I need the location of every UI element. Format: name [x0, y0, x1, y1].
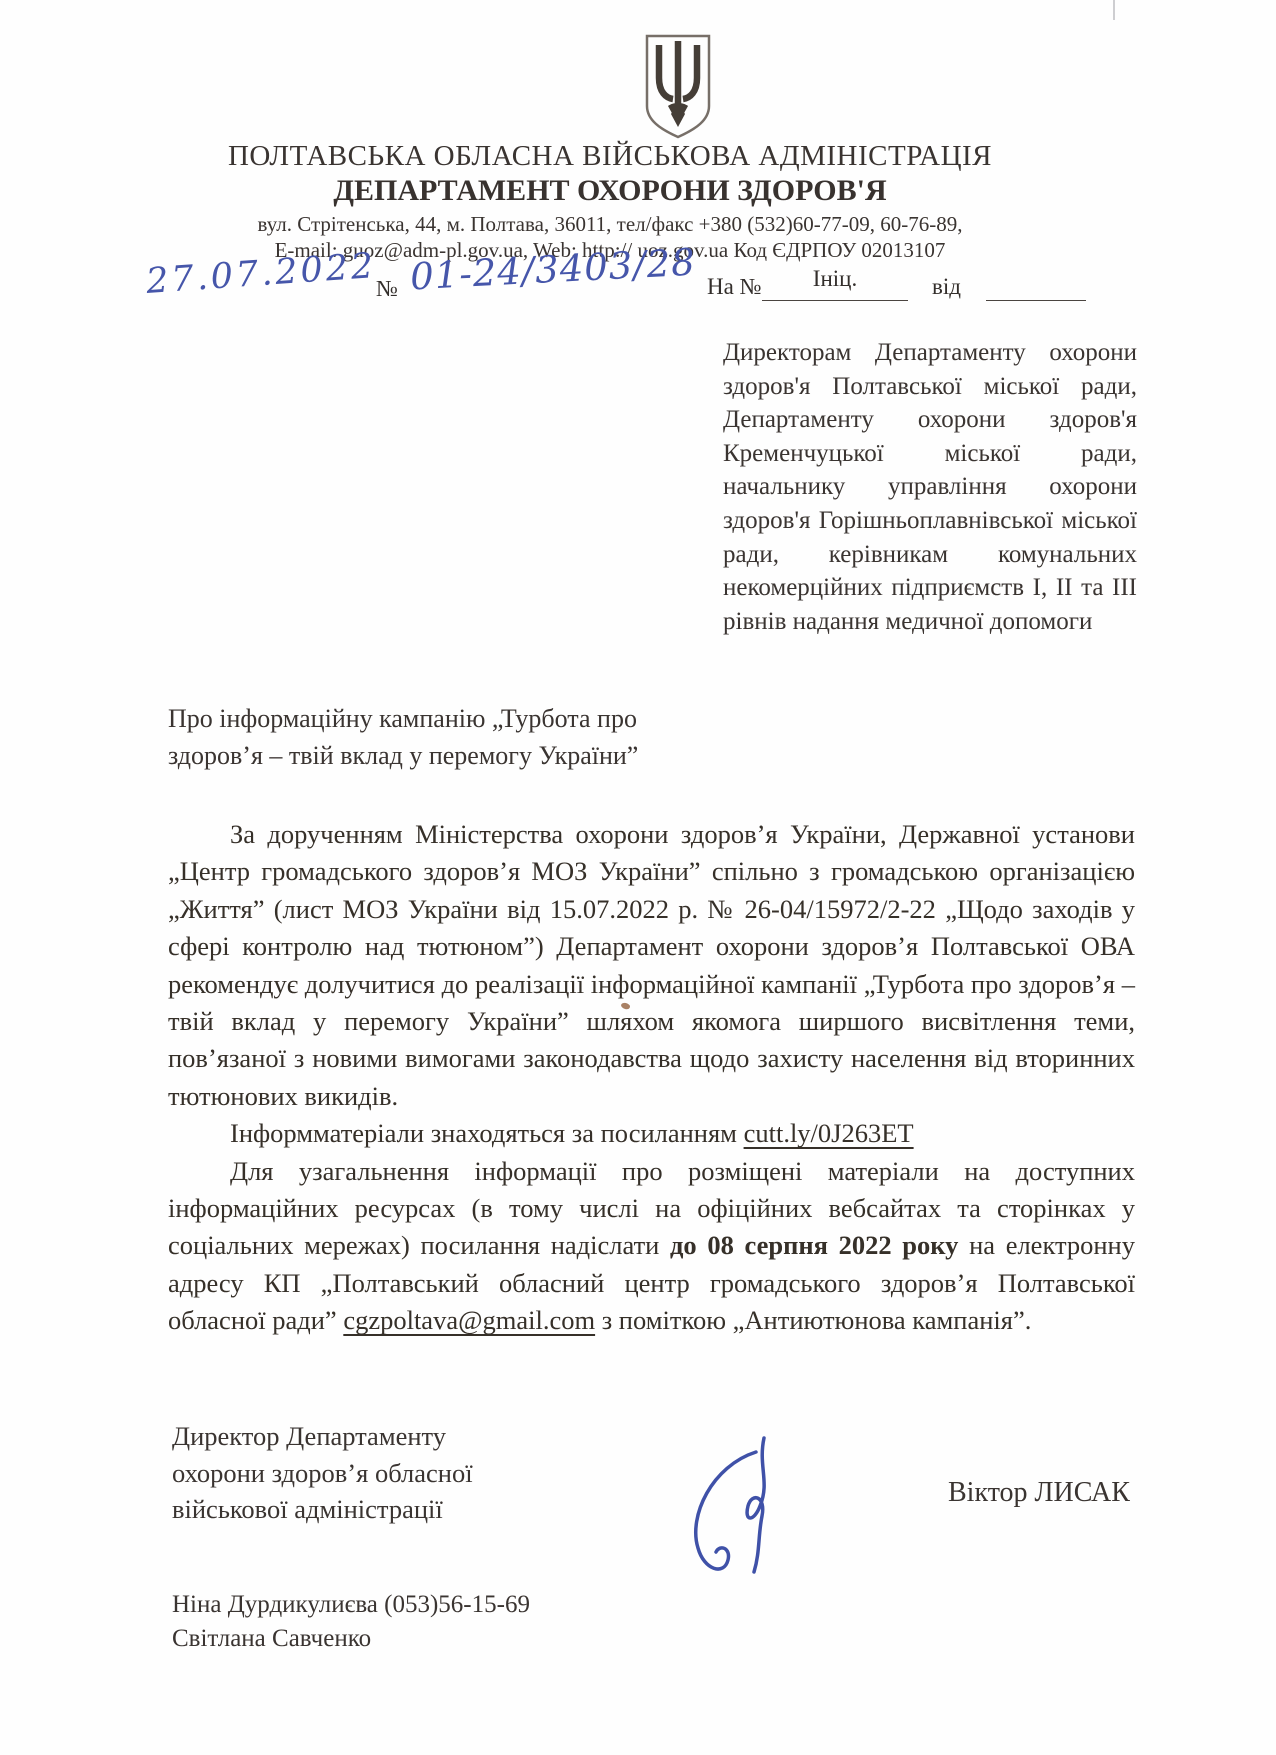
addressee-block: Директорам Департаменту охорони здоров'я… [723, 336, 1137, 638]
ukraine-trident-emblem [640, 32, 716, 140]
info-materials-link: cutt.ly/0J263ET [744, 1118, 914, 1148]
contact-person-1: Ніна Дурдикулиєва (053)56-15-69 [172, 1588, 530, 1622]
address-line: вул. Стрітенська, 44, м. Полтава, 36011,… [100, 212, 1120, 237]
contact-person-2: Світлана Савченко [172, 1622, 530, 1656]
signature-ink-icon [672, 1430, 792, 1590]
signer-title-line-1: Директор Департаменту [172, 1418, 512, 1455]
scanned-letter-page: ПОЛТАВСЬКА ОБЛАСНА ВІЙСЬКОВА АДМІНІСТРАЦ… [0, 0, 1276, 1755]
body-paragraph-3: Для узагальнення інформації про розміщен… [168, 1153, 1135, 1340]
submission-email-link: cgzpoltava@gmail.com [343, 1305, 595, 1335]
signer-title-line-2: охорони здоров’я обласної [172, 1455, 512, 1492]
department-name: ДЕПАРТАМЕНТ ОХОРОНИ ЗДОРОВ'Я [100, 174, 1120, 208]
from-date-blank [986, 258, 1086, 301]
init-label: Ініц. [813, 266, 857, 291]
footer-contacts: Ніна Дурдикулиєва (053)56-15-69 Світлана… [172, 1588, 530, 1655]
body-paragraph-2-text: Інформматеріали знаходяться за посилання… [230, 1118, 744, 1148]
number-sign-label: № [376, 276, 398, 302]
body-paragraph-3-seg3: з поміткою „Антиютюнова кампанія”. [595, 1305, 1031, 1335]
organization-name: ПОЛТАВСЬКА ОБЛАСНА ВІЙСЬКОВА АДМІНІСТРАЦ… [100, 140, 1120, 173]
subject-block: Про інформаційну кампанію „Турбота про з… [168, 700, 688, 774]
scan-artifact-edge-mark [1113, 0, 1115, 20]
reply-number-blank: Ініц. [762, 258, 908, 301]
subject-line-2: здоров’я – твій вклад у перемогу України… [168, 737, 688, 774]
letter-body: За дорученням Міністерства охорони здоро… [168, 816, 1135, 1340]
subject-line-1: Про інформаційну кампанію „Турбота про [168, 700, 688, 737]
reply-to-number-label: На № [707, 274, 762, 300]
from-date-label: від [932, 274, 961, 300]
body-paragraph-1: За дорученням Міністерства охорони здоро… [168, 816, 1135, 1115]
signer-title-block: Директор Департаменту охорони здоров’я о… [172, 1418, 512, 1528]
signer-name: Віктор ЛИСАК [948, 1477, 1130, 1509]
signer-title-line-3: військової адміністрації [172, 1491, 512, 1528]
trident-shield-icon [640, 32, 716, 140]
body-paragraph-2: Інформматеріали знаходяться за посилання… [168, 1115, 1135, 1152]
deadline-bold-text: до 08 серпня 2022 року [670, 1230, 958, 1260]
handwritten-signature [672, 1430, 792, 1590]
